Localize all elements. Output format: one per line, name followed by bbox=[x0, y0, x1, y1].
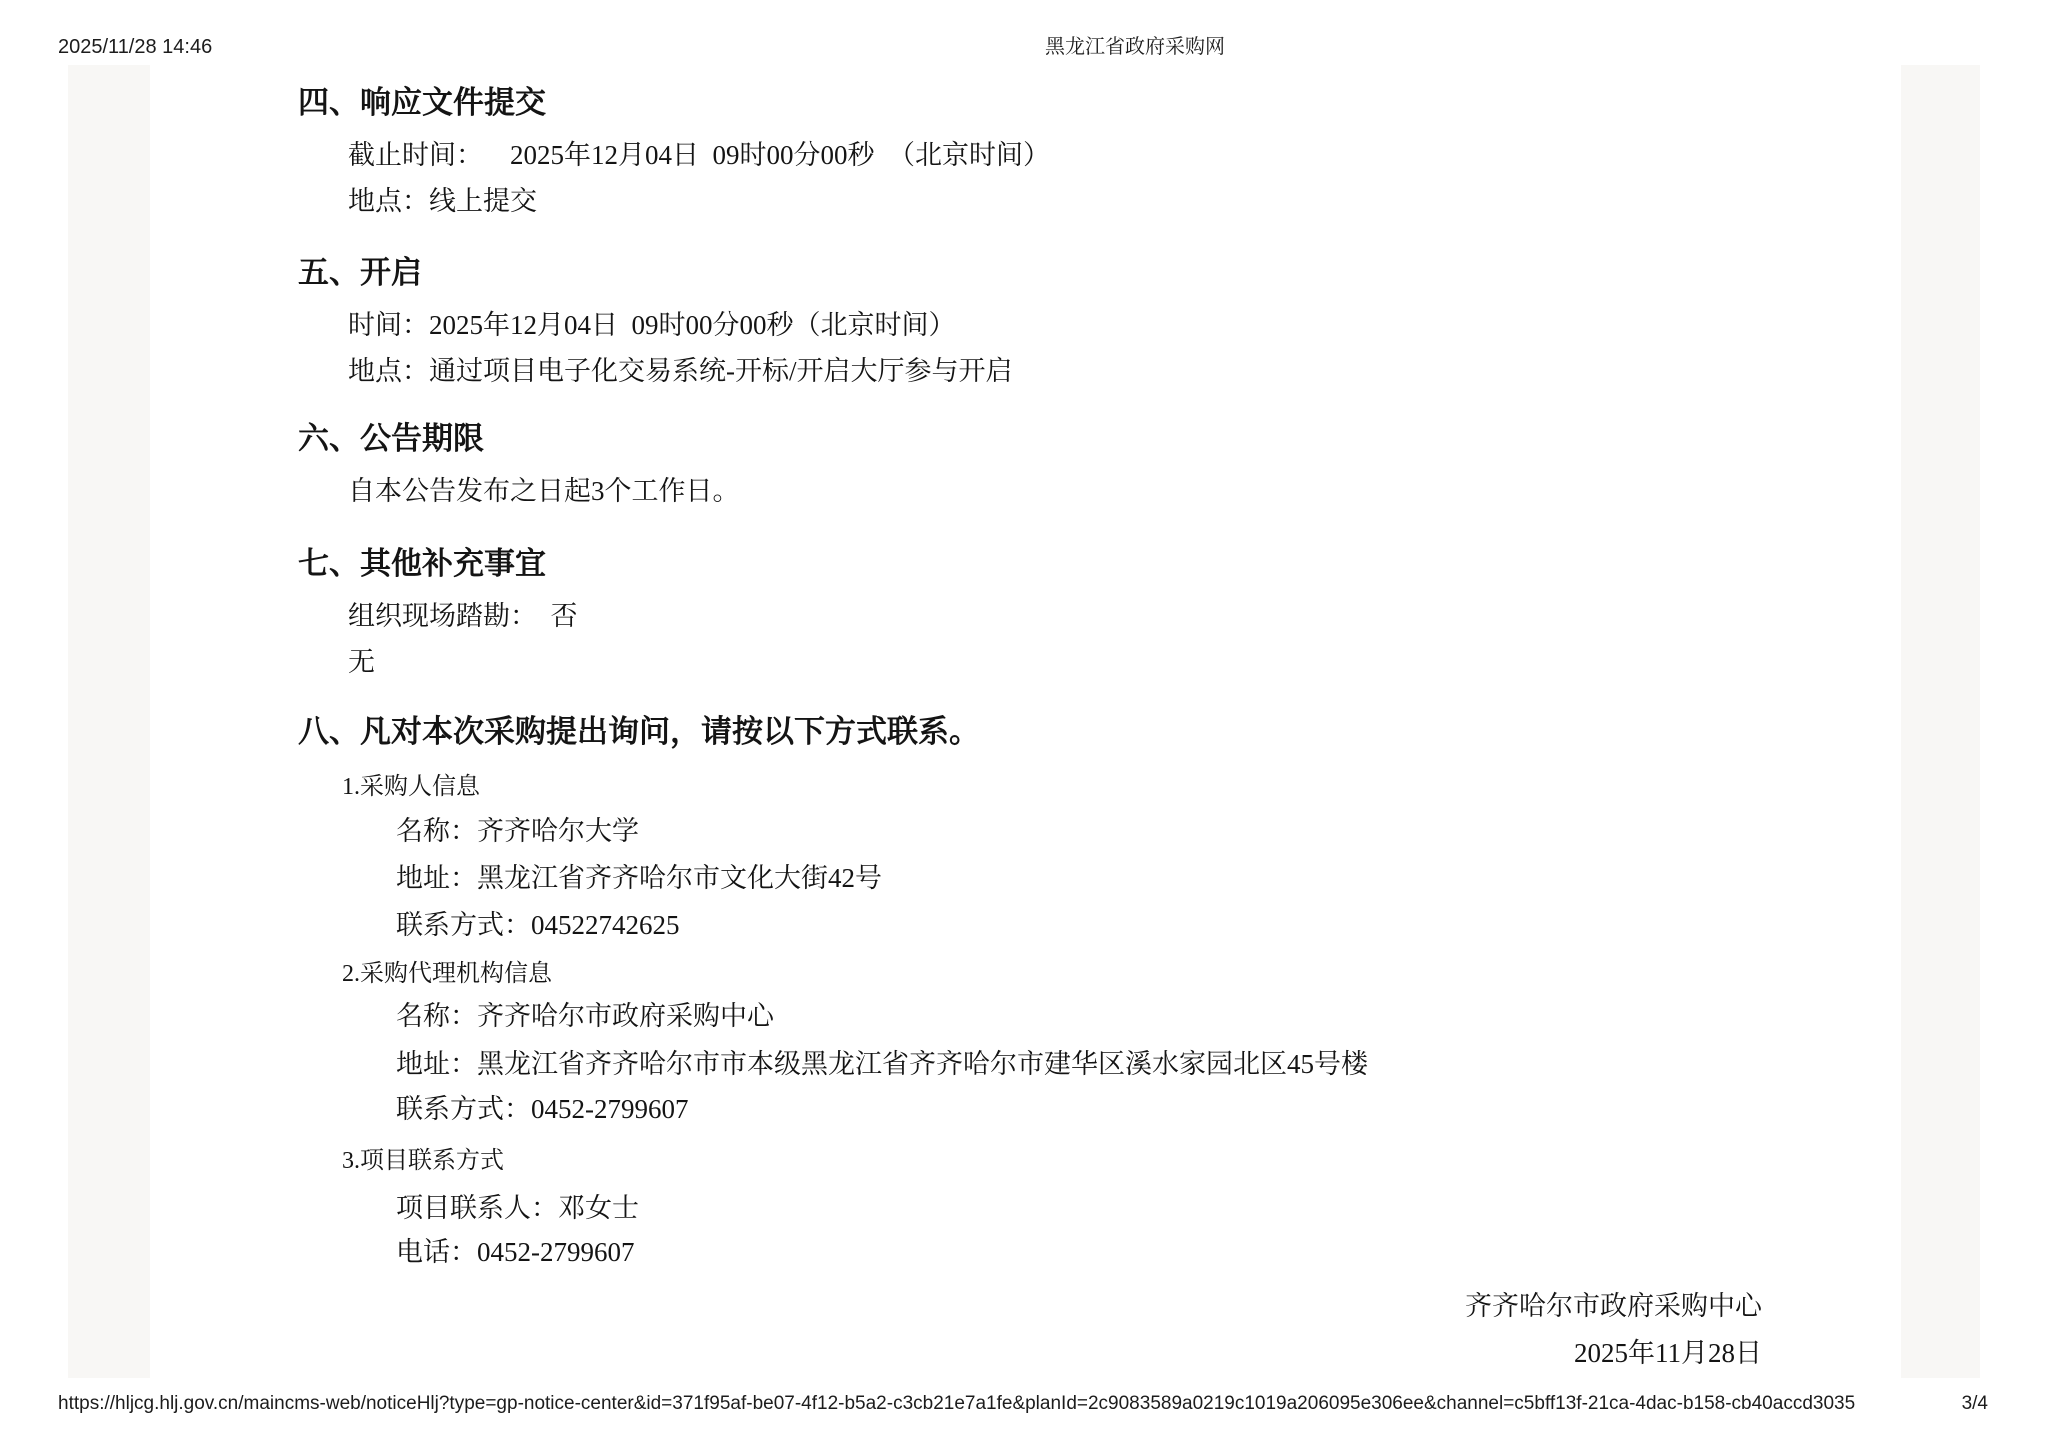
section-5-heading: 五、开启 bbox=[298, 256, 422, 290]
project-contact-person-line: 项目联系人：邓女士 bbox=[396, 1193, 639, 1223]
section-5-location-line: 地点：通过项目电子化交易系统-开标/开启大厅参与开启 bbox=[348, 356, 1013, 386]
purchaser-info-item: 1.采购人信息 bbox=[342, 774, 480, 801]
print-footer-url: https://hljcg.hlj.gov.cn/maincms-web/not… bbox=[58, 1394, 1855, 1414]
section-7-heading: 七、其他补充事宜 bbox=[298, 547, 546, 581]
project-contact-phone-line: 电话：0452-2799607 bbox=[396, 1237, 635, 1267]
purchaser-contact-line: 联系方式：04522742625 bbox=[396, 910, 680, 940]
agency-contact-line: 联系方式：0452-2799607 bbox=[396, 1094, 689, 1124]
agency-address-line: 地址：黑龙江省齐齐哈尔市市本级黑龙江省齐齐哈尔市建华区溪水家园北区45号楼 bbox=[396, 1049, 1368, 1079]
agency-info-item: 2.采购代理机构信息 bbox=[342, 961, 552, 988]
section-6-period-line: 自本公告发布之日起3个工作日。 bbox=[348, 476, 740, 506]
print-header-datetime: 2025/11/28 14:46 bbox=[58, 37, 212, 57]
page-background-right-strip bbox=[1901, 65, 1980, 1378]
project-contact-item: 3.项目联系方式 bbox=[342, 1148, 504, 1175]
section-4-heading: 四、响应文件提交 bbox=[298, 86, 546, 120]
section-6-heading: 六、公告期限 bbox=[298, 422, 484, 456]
page-background-left-strip bbox=[68, 65, 150, 1378]
section-4-location-line: 地点：线上提交 bbox=[348, 186, 537, 216]
print-footer-page-number: 3/4 bbox=[1962, 1394, 1988, 1414]
print-header-site-title: 黑龙江省政府采购网 bbox=[1045, 37, 1225, 57]
print-preview-page: 2025/11/28 14:46 黑龙江省政府采购网 四、响应文件提交 截止时间… bbox=[0, 0, 2048, 1447]
section-8-heading: 八、凡对本次采购提出询问，请按以下方式联系。 bbox=[298, 715, 980, 749]
section-7-site-survey-line: 组织现场踏勘： 否 bbox=[348, 601, 578, 631]
section-7-none-line: 无 bbox=[348, 647, 375, 677]
section-5-time-line: 时间：2025年12月04日 09时00分00秒（北京时间） bbox=[348, 310, 956, 340]
agency-name-line: 名称：齐齐哈尔市政府采购中心 bbox=[396, 1001, 774, 1031]
purchaser-address-line: 地址：黑龙江省齐齐哈尔市文化大街42号 bbox=[396, 863, 882, 893]
signature-organization: 齐齐哈尔市政府采购中心 bbox=[1465, 1291, 1762, 1321]
signature-date: 2025年11月28日 bbox=[1574, 1338, 1762, 1368]
section-4-deadline-line: 截止时间： 2025年12月04日 09时00分00秒 （北京时间） bbox=[348, 140, 1050, 170]
purchaser-name-line: 名称：齐齐哈尔大学 bbox=[396, 816, 639, 846]
